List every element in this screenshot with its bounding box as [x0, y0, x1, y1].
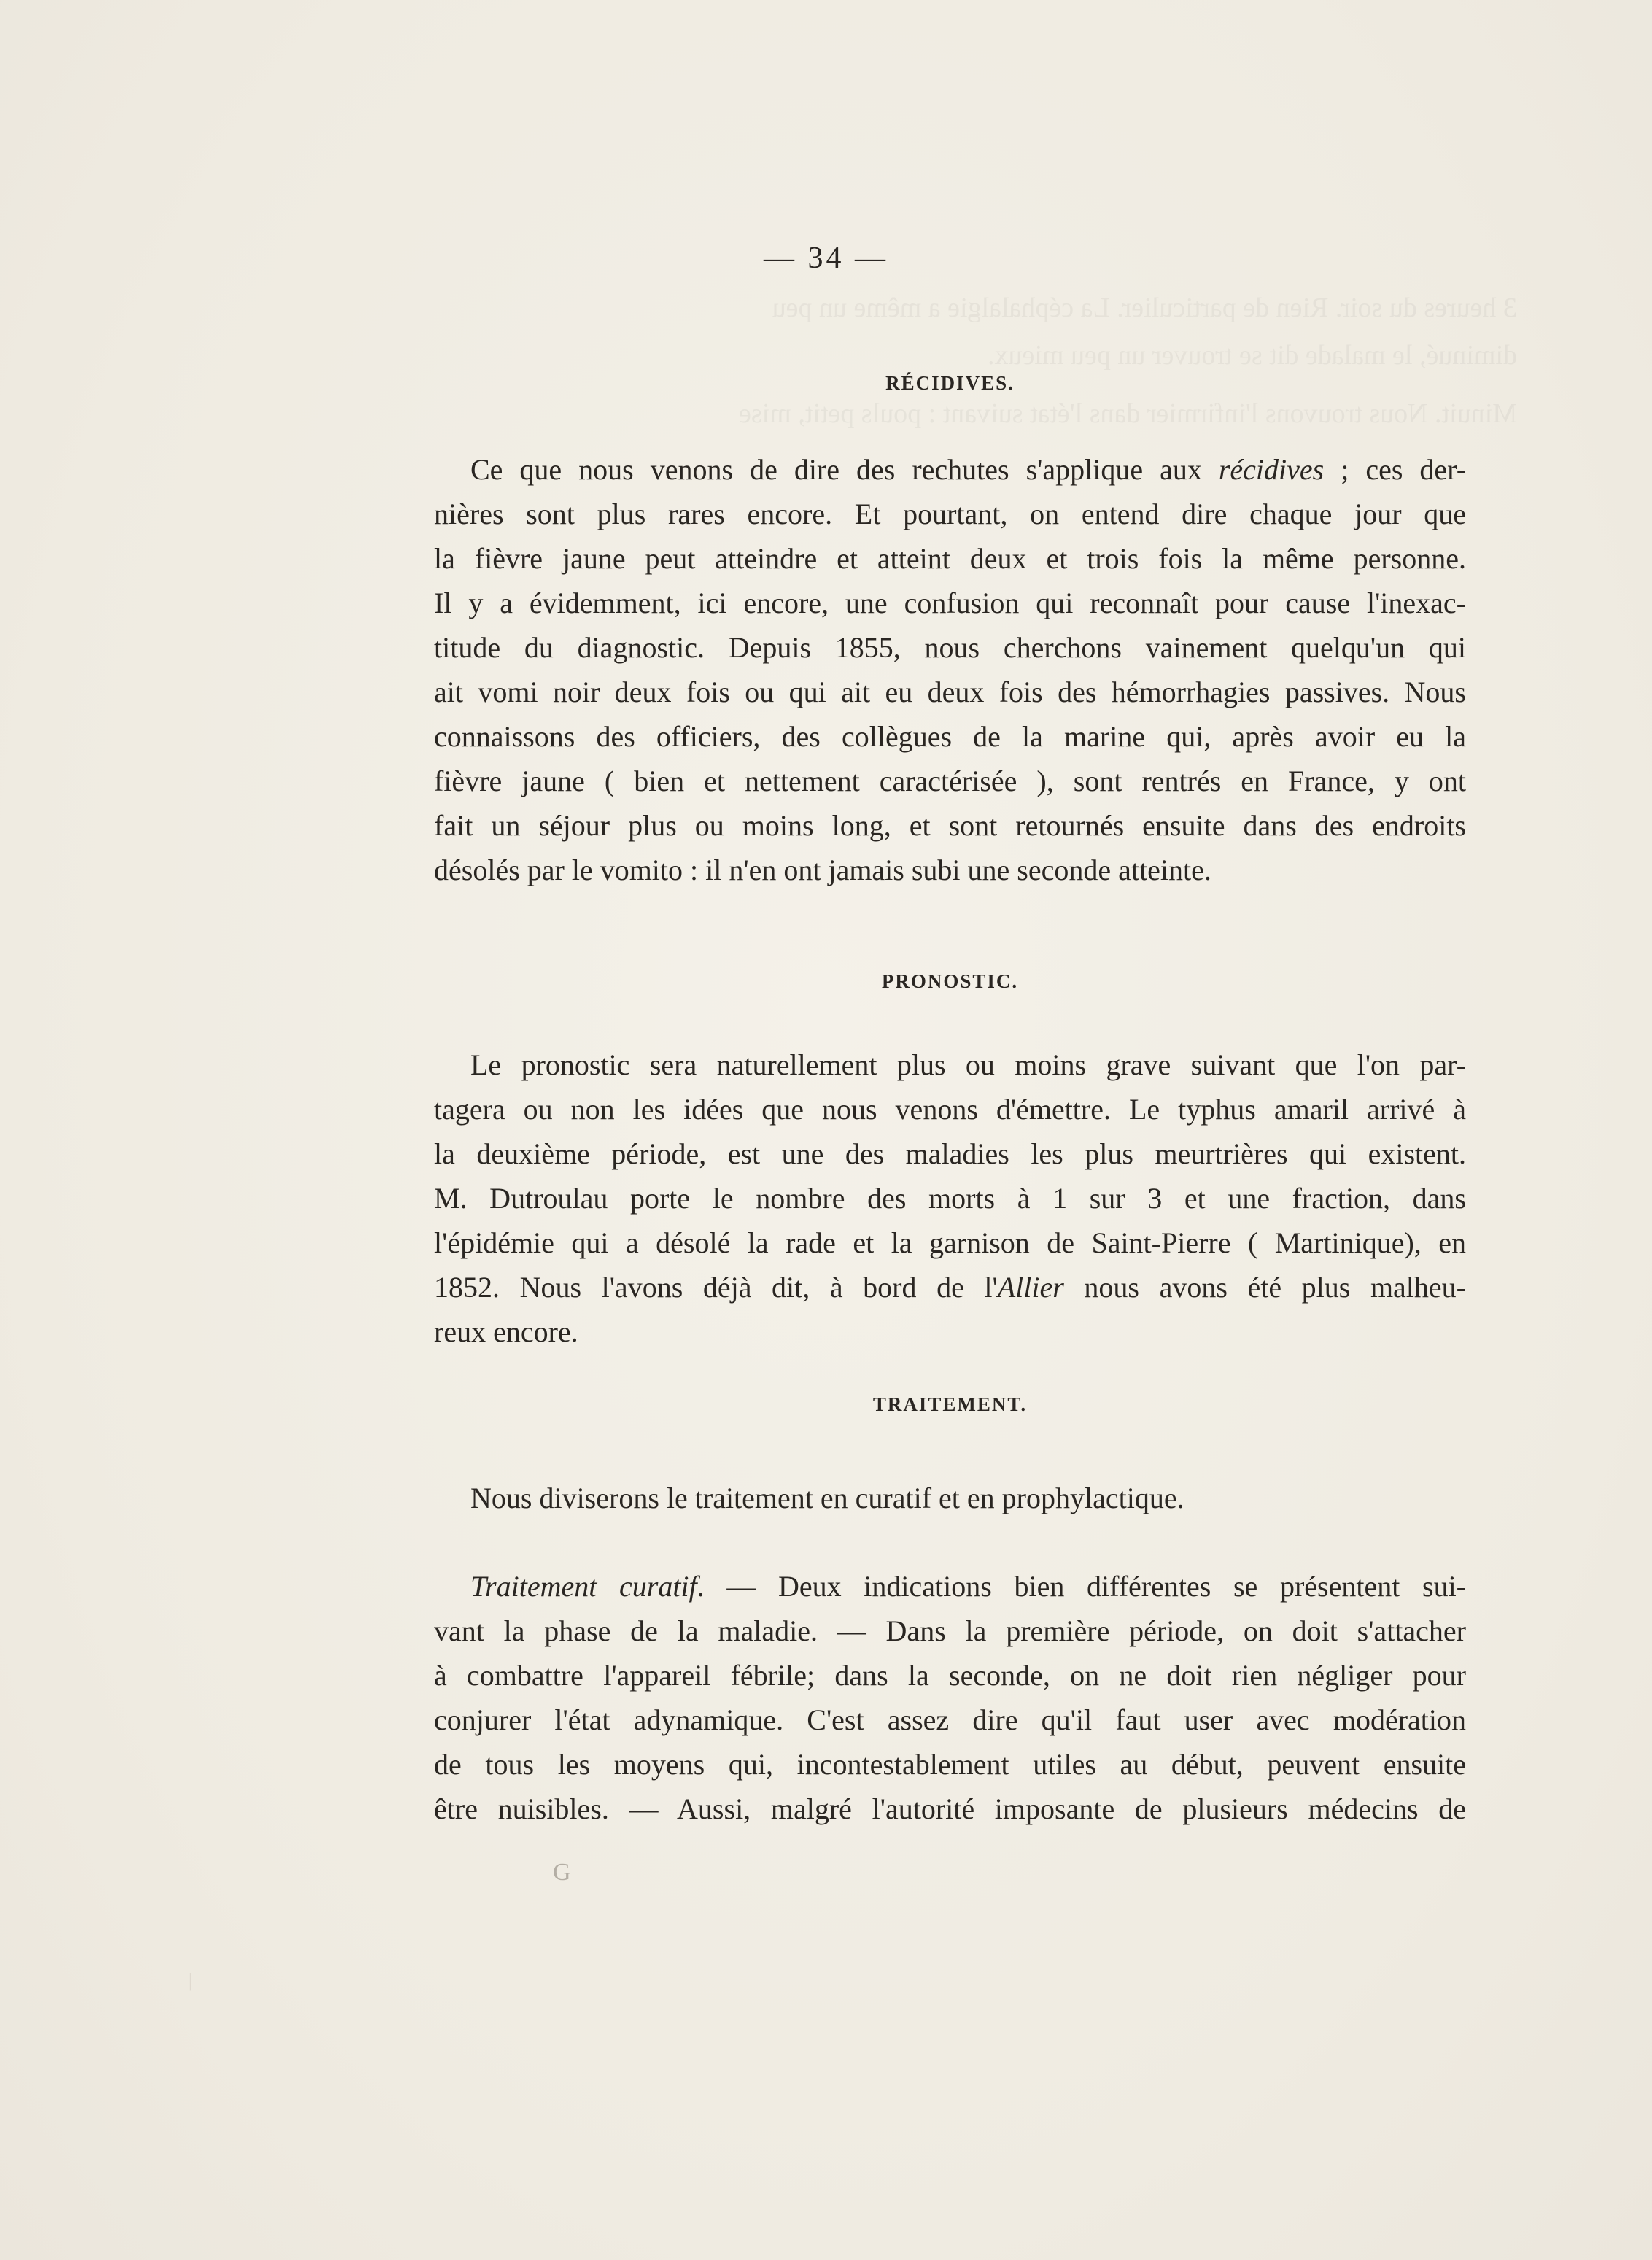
text-line: Il y a évidemment, ici encore, une confu… — [434, 586, 1466, 621]
text-line: connaissons des officiers, des collègues… — [434, 719, 1466, 754]
text-line: la fièvre jaune peut atteindre et attein… — [434, 541, 1466, 576]
text-line: Nous diviserons le traitement en curatif… — [434, 1481, 1466, 1516]
text-line: Le pronostic sera naturellement plus ou … — [434, 1048, 1466, 1083]
show-through-text: 3 heures du soir. Rien de particulier. L… — [408, 292, 1517, 324]
text-line: vant la phase de la maladie. — Dans la p… — [434, 1614, 1466, 1649]
text-line: l'épidémie qui a désolé la rade et la ga… — [434, 1226, 1466, 1261]
section-heading-traitement: TRAITEMENT. — [434, 1393, 1466, 1416]
text-line: désolés par le vomito : il n'en ont jama… — [434, 853, 1466, 888]
text-line: conjurer l'état adynamique. C'est assez … — [434, 1703, 1466, 1738]
text-line: M. Dutroulau porte le nombre des morts à… — [434, 1181, 1466, 1216]
text-line: nières sont plus rares encore. Et pourta… — [434, 497, 1466, 532]
page-number: — 34 — — [0, 241, 1652, 276]
margin-speck: | — [188, 1970, 192, 1992]
scanned-page: 3 heures du soir. Rien de particulier. L… — [0, 0, 1652, 2260]
text-line: titude du diagnostic. Depuis 1855, nous … — [434, 630, 1466, 665]
signature-mark: G — [553, 1859, 571, 1886]
text-line: à combattre l'appareil fébrile; dans la … — [434, 1658, 1466, 1693]
show-through-text: diminué, le malade dit se trouver un peu… — [408, 339, 1517, 371]
text-line: fait un séjour plus ou moins long, et so… — [434, 808, 1466, 843]
text-line: de tous les moyens qui, incontestablemen… — [434, 1747, 1466, 1782]
text-line: être nuisibles. — Aussi, malgré l'autori… — [434, 1792, 1466, 1827]
text-line: reux encore. — [434, 1315, 1466, 1350]
text-line: tagera ou non les idées que nous venons … — [434, 1092, 1466, 1127]
text-line: ait vomi noir deux fois ou qui ait eu de… — [434, 675, 1466, 710]
text-line: Ce que nous venons de dire des rechutes … — [434, 452, 1466, 487]
section-heading-pronostic: PRONOSTIC. — [434, 970, 1466, 993]
text-line: 1852. Nous l'avons déjà dit, à bord de l… — [434, 1270, 1466, 1305]
text-line: fièvre jaune ( bien et nettement caracté… — [434, 764, 1466, 799]
text-line: Traitement curatif. — Deux indications b… — [434, 1569, 1466, 1604]
text-line: la deuxième période, est une des maladie… — [434, 1137, 1466, 1172]
section-heading-recidives: RÉCIDIVES. — [434, 372, 1466, 395]
show-through-text: Minuit. Nous trouvons l'infirmier dans l… — [408, 398, 1517, 430]
